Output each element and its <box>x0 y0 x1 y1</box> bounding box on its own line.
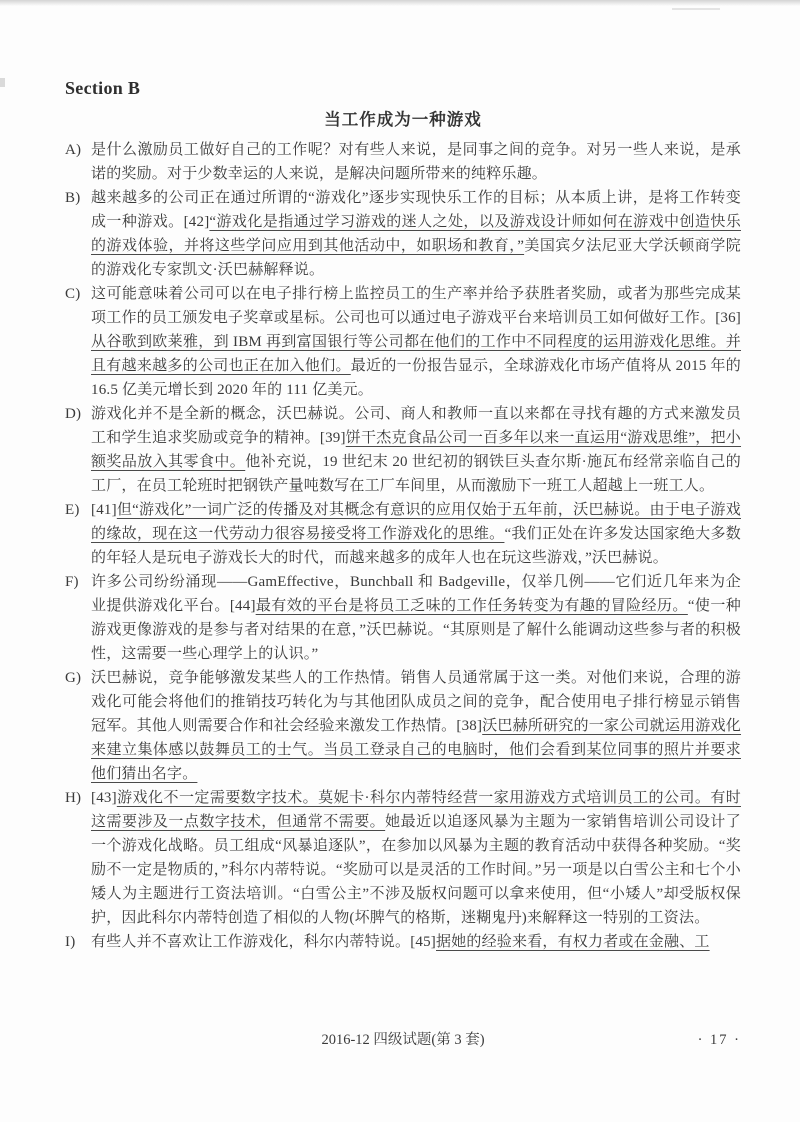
page-footer: 2016-12 四级试题(第 3 套) · 17 · <box>65 1030 741 1050</box>
paragraph-f: F)许多公司纷纷涌现——GamEffective，Bunchball 和 Bad… <box>65 570 741 666</box>
paragraph-label: H) <box>65 786 81 810</box>
scan-left-notch-artifact <box>0 78 5 87</box>
footer-exam-info: 2016-12 四级试题(第 3 套) <box>321 1032 484 1048</box>
paragraph-d: D)游戏化并不是全新的概念，沃巴赫说。公司、商人和教师一直以来都在寻找有趣的方式… <box>65 402 741 498</box>
paragraph-label: F) <box>65 570 79 594</box>
paragraph-label: A) <box>65 138 81 162</box>
paragraph-label: G) <box>65 666 81 690</box>
text-segment: 她最近以追逐风暴为主题为一家销售培训公司设计了一个游戏化战略。员工组成“风暴追逐… <box>91 814 741 926</box>
underlined-text-segment: 据她的经验来看，有权力者或在金融、工 <box>436 934 710 950</box>
paragraph-label: B) <box>65 186 80 210</box>
paragraph-list: A)是什么激励员工做好自己的工作呢？对有些人来说，是同事之间的竞争。对另一些人来… <box>65 138 741 954</box>
paragraph-label: E) <box>65 498 80 522</box>
section-label: Section B <box>65 78 741 99</box>
paragraph-label: D) <box>65 402 81 426</box>
text-segment: [41] <box>91 502 117 518</box>
text-segment: 这可能意味着公司可以在电子排行榜上监控员工的生产率并给予获胜者奖励，或者为那些完… <box>91 286 741 326</box>
text-segment: 有些人并不喜欢让工作游戏化，科尔内蒂特说。[45] <box>91 934 436 950</box>
scan-scratch-artifact <box>672 8 720 10</box>
paragraph-label: I) <box>65 930 75 954</box>
text-segment: 是什么激励员工做好自己的工作呢？对有些人来说，是同事之间的竞争。对另一些人来说，… <box>91 142 741 182</box>
footer-page-number: · 17 · <box>698 1030 741 1050</box>
passage-title: 当工作成为一种游戏 <box>65 106 741 130</box>
paragraph-c: C)这可能意味着公司可以在电子排行榜上监控员工的生产率并给予获胜者奖励，或者为那… <box>65 282 741 402</box>
scanned-exam-page: Section B 当工作成为一种游戏 A)是什么激励员工做好自己的工作呢？对有… <box>0 0 800 1122</box>
page-content: Section B 当工作成为一种游戏 A)是什么激励员工做好自己的工作呢？对有… <box>65 78 741 954</box>
paragraph-i: I)有些人并不喜欢让工作游戏化，科尔内蒂特说。[45]据她的经验来看，有权力者或… <box>65 930 741 954</box>
paragraph-h: H)[43]游戏化不一定需要数字技术。莫妮卡·科尔内蒂特经营一家用游戏方式培训员… <box>65 786 741 930</box>
text-segment: [43] <box>91 790 117 806</box>
paragraph-a: A)是什么激励员工做好自己的工作呢？对有些人来说，是同事之间的竞争。对另一些人来… <box>65 138 741 186</box>
scan-top-edge-artifact <box>0 0 800 6</box>
underlined-text-segment: 最有效的平台是将员工乏味的工作任务转变为有趣的冒险经历。 <box>256 598 688 614</box>
paragraph-b: B)越来越多的公司正在通过所谓的“游戏化”逐步实现快乐工作的目标；从本质上讲，是… <box>65 186 741 282</box>
paragraph-e: E)[41]但“游戏化”一词广泛的传播及对其概念有意识的应用仅始于五年前，沃巴赫… <box>65 498 741 570</box>
paragraph-g: G)沃巴赫说，竞争能够激发某些人的工作热情。销售人员通常属于这一类。对他们来说，… <box>65 666 741 786</box>
paragraph-label: C) <box>65 282 80 306</box>
